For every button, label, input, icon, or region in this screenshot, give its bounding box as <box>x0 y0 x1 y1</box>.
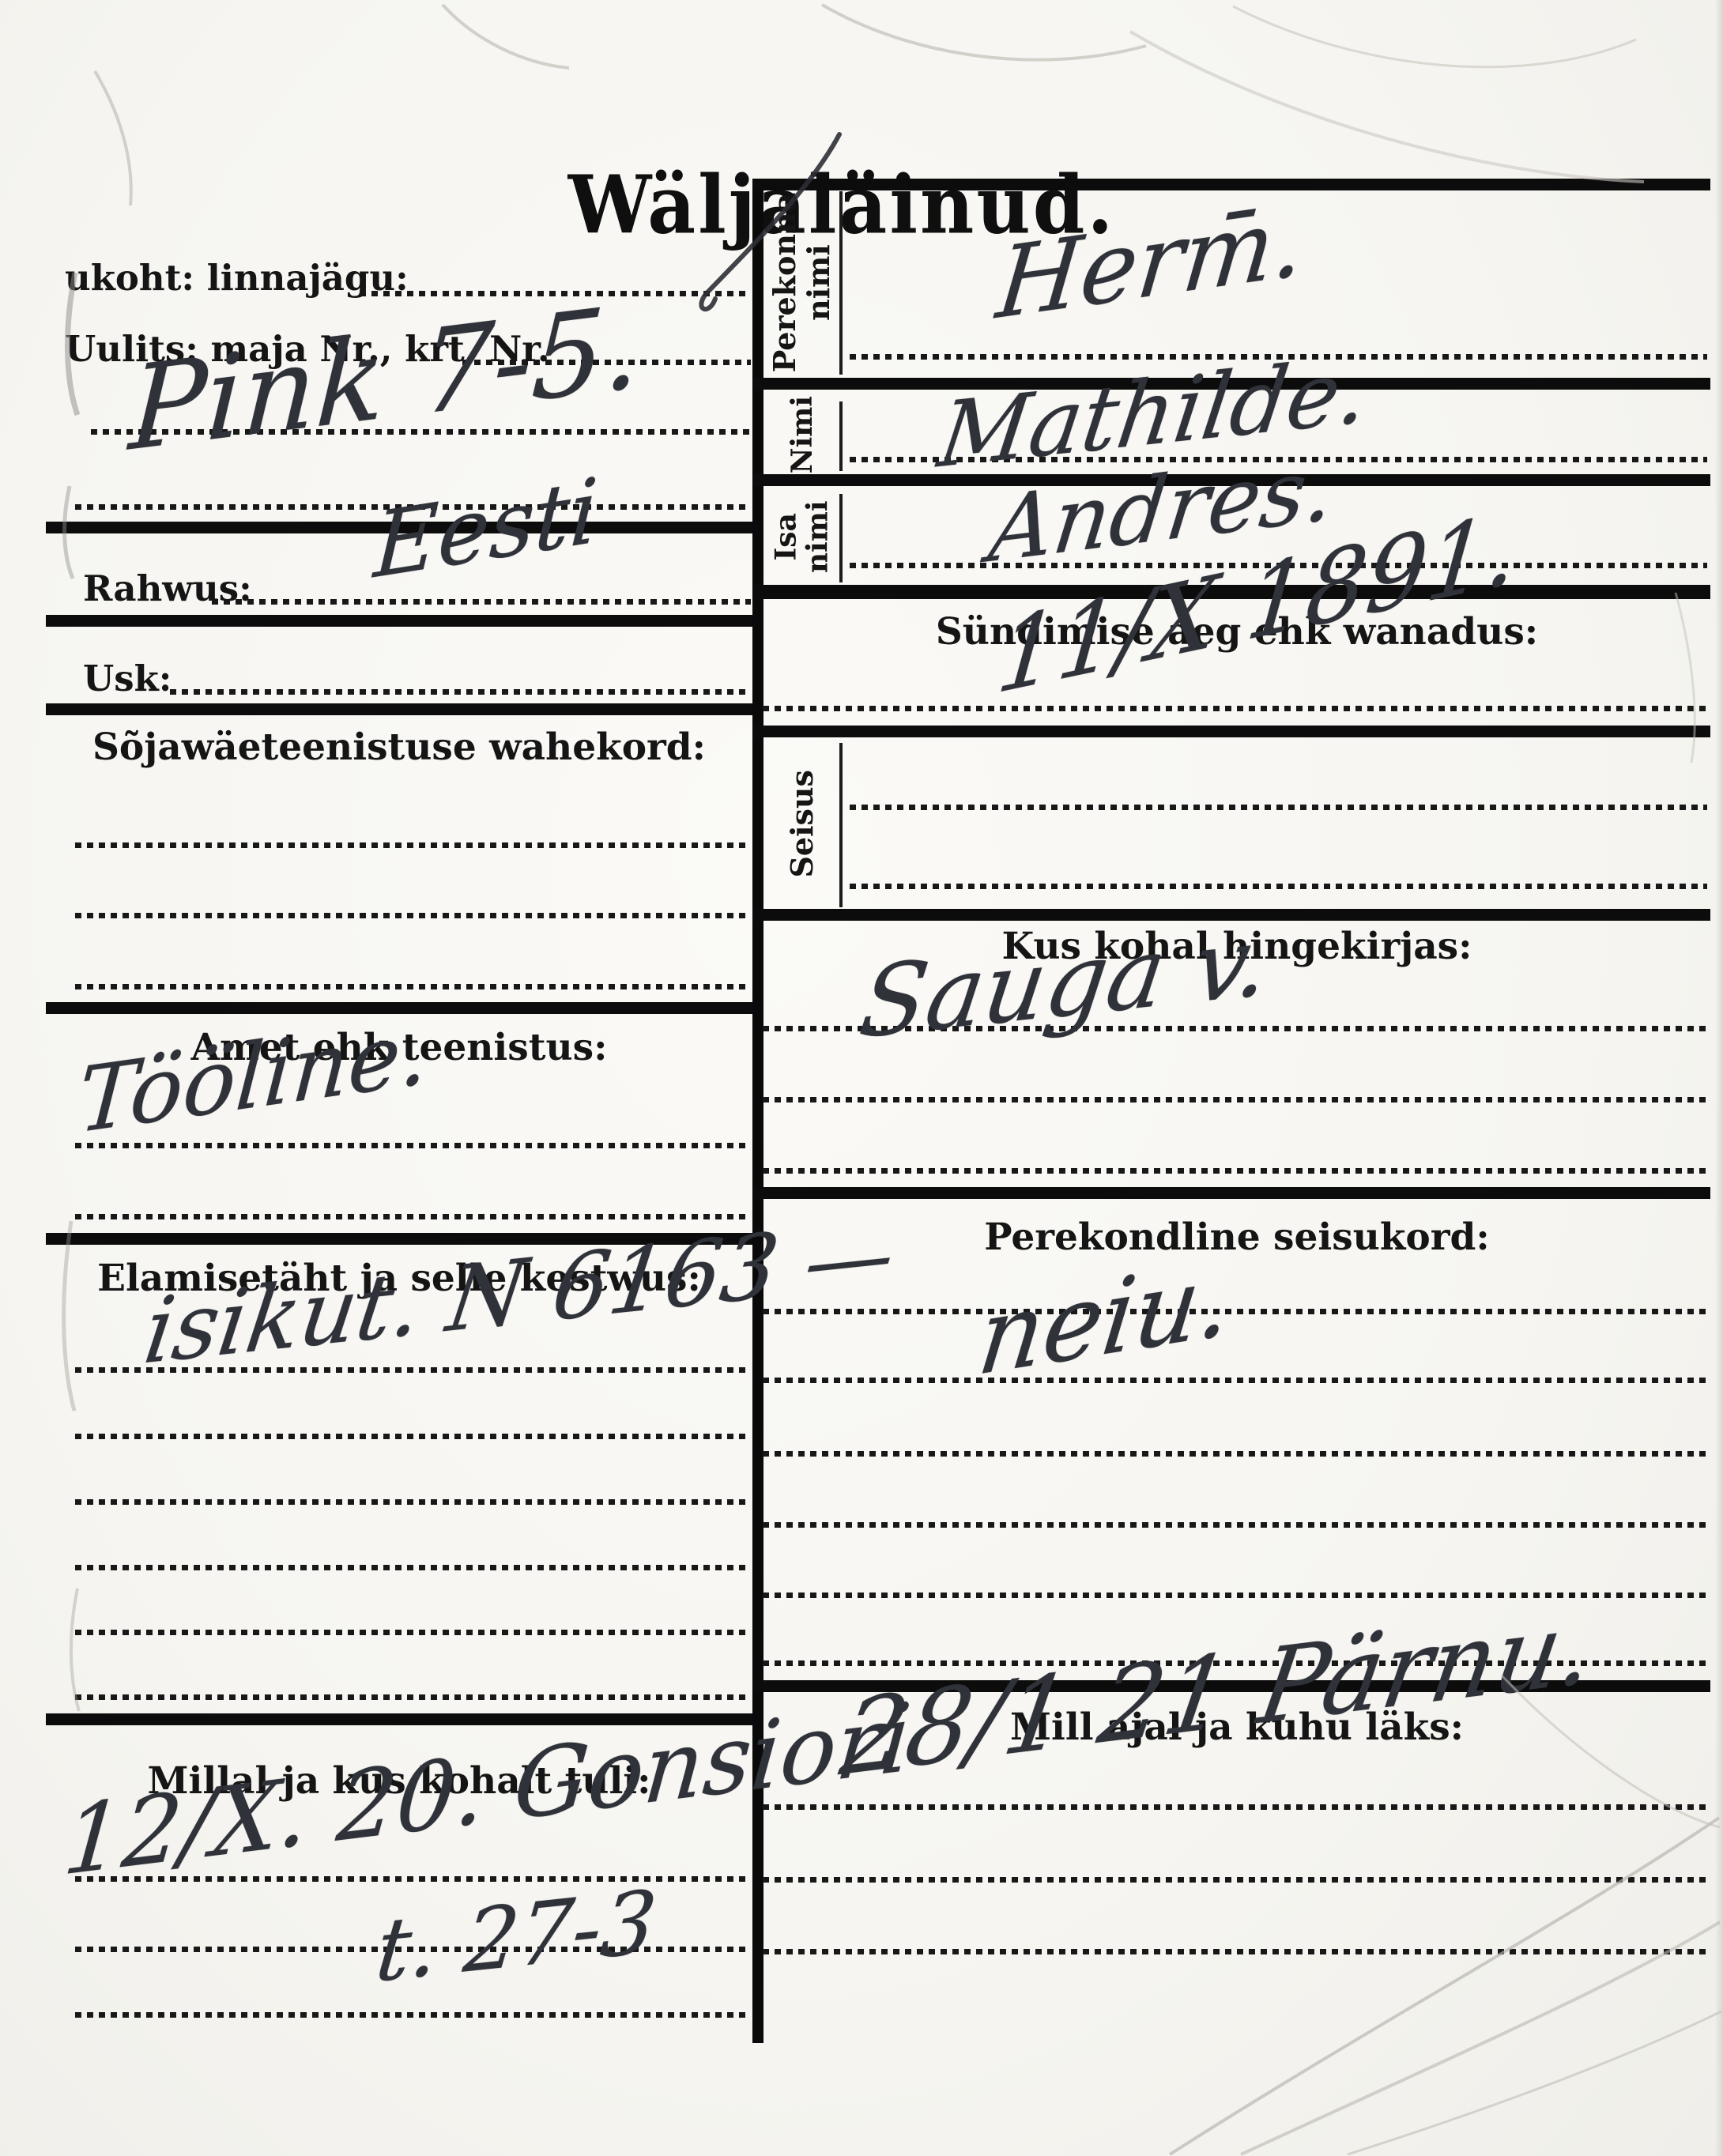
surname-label-line1: Perekonna <box>768 193 802 372</box>
dotted-line <box>75 1143 751 1148</box>
field-father-name-label: Isa nimi <box>765 492 839 582</box>
dotted-line <box>763 1168 1707 1174</box>
section-divider-bar <box>46 703 752 715</box>
family-status-handwritten-value: neiu. <box>972 1238 1239 1400</box>
dotted-line <box>763 1949 1707 1954</box>
dotted-line <box>170 689 751 695</box>
dotted-line <box>75 842 751 848</box>
departure-handwritten-value: 28/1 21 Pärnu. <box>834 1587 1602 1800</box>
scan-edge <box>1715 0 1723 2156</box>
dotted-line <box>75 1630 751 1635</box>
label-rule <box>839 401 843 471</box>
scan-smudge <box>95 71 131 205</box>
section-divider-bar <box>752 726 1710 737</box>
emigration-card: Wäljaläinud. ukoht: linnajägu: Uulits: m… <box>0 0 1723 2156</box>
field-family-status-label: Perekondline seisukord: <box>984 1216 1489 1259</box>
dotted-line <box>850 884 1707 889</box>
dotted-line <box>763 1097 1707 1102</box>
dotted-line <box>75 1214 751 1219</box>
status-label-text: Seisus <box>786 770 820 877</box>
dotted-line <box>763 1522 1707 1528</box>
dotted-line <box>763 706 1707 711</box>
paper-crease <box>1241 1922 1720 2154</box>
first-name-label-text: Nimi <box>786 396 818 473</box>
dotted-line <box>763 1309 1707 1314</box>
dotted-line <box>763 1877 1707 1883</box>
scan-smudge <box>71 1589 79 1711</box>
occupation-handwritten-value: Tööline. <box>75 1000 432 1154</box>
dotted-line <box>75 2012 751 2018</box>
label-rule <box>839 494 843 582</box>
paper-crease <box>443 5 569 68</box>
section-divider-bar <box>752 179 1710 190</box>
dotted-line <box>75 1499 751 1505</box>
dotted-line <box>75 984 751 989</box>
nationality-handwritten-value: Eesti <box>371 458 601 599</box>
paper-crease <box>1170 1818 1719 2154</box>
field-military-service-label: Sõjawäeteenistuse wahekord: <box>92 726 706 769</box>
paper-crease <box>1348 2011 1721 2154</box>
dotted-line <box>850 805 1707 810</box>
field-residence-label: ukoht: linnajägu: <box>65 257 409 299</box>
dotted-line <box>212 599 751 605</box>
dotted-line <box>75 1694 751 1700</box>
dotted-line <box>763 1804 1707 1810</box>
section-divider-bar <box>752 1187 1710 1199</box>
dotted-line <box>763 1378 1707 1383</box>
paper-crease <box>822 5 1146 60</box>
paper-crease <box>1233 6 1636 67</box>
arrival-handwritten-line2: t. 27-3 <box>371 1872 661 2002</box>
field-first-name-label: Nimi <box>765 399 839 470</box>
parish-register-handwritten-value: Sauga v. <box>854 903 1276 1061</box>
field-surname-label: Perekonna nimi <box>765 188 839 378</box>
label-rule <box>839 191 843 375</box>
field-status-label: Seisus <box>765 740 839 907</box>
section-divider-bar <box>46 615 752 627</box>
father-name-label-line1: Isa <box>771 501 802 574</box>
residence-permit-handwritten-value: isikut. N 6163 — <box>138 1201 901 1385</box>
dotted-line <box>763 1451 1707 1457</box>
scan-smudge <box>64 1221 74 1411</box>
dotted-line <box>75 1565 751 1570</box>
label-rule <box>839 743 843 907</box>
field-religion-label: Usk: <box>83 658 172 699</box>
surname-label-line2: nimi <box>802 193 836 372</box>
father-name-label-line2: nimi <box>802 501 834 574</box>
street-handwritten-value: Pink 7-5. <box>126 279 644 477</box>
dotted-line <box>75 1434 751 1439</box>
dotted-line <box>75 913 751 918</box>
